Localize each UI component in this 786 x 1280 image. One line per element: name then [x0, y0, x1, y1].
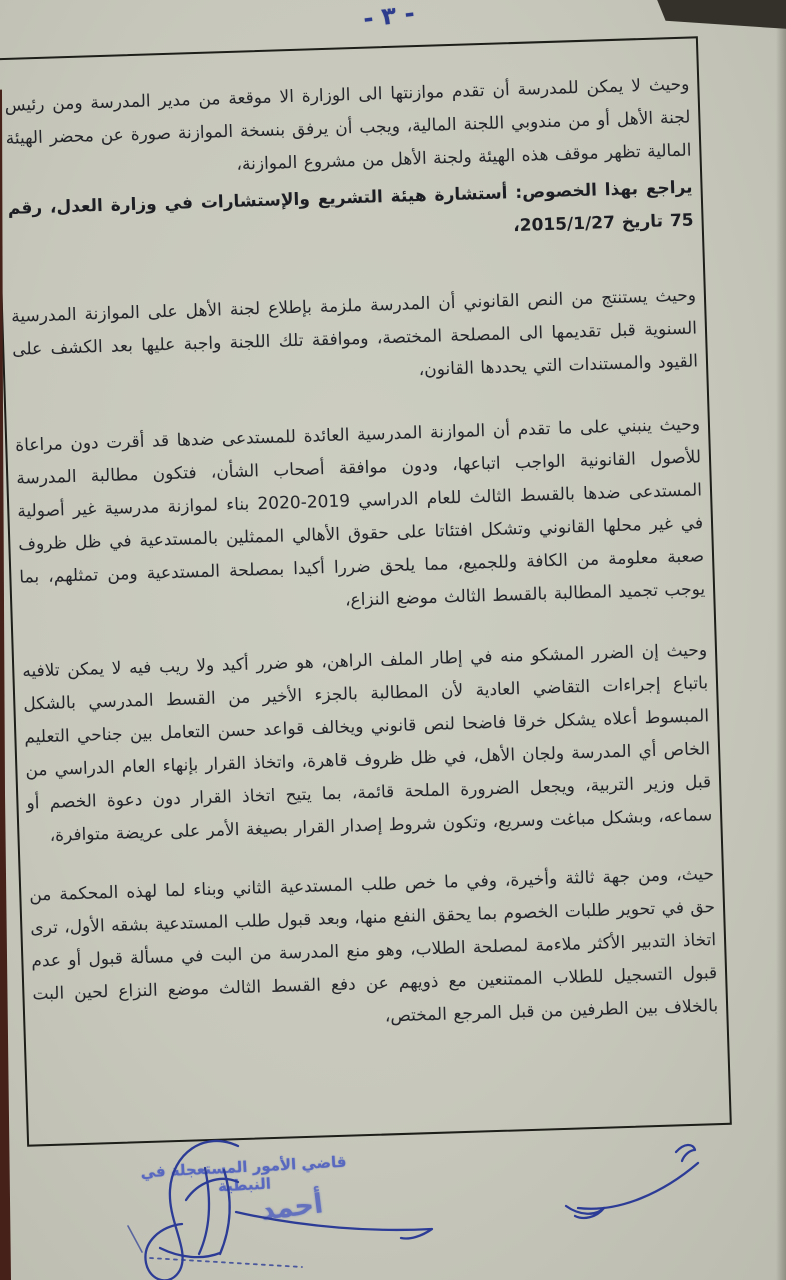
document-frame: وحيث لا يمكن للمدرسة أن تقدم موازنتها ال… — [0, 36, 732, 1146]
signature-stroke-2 — [220, 1170, 230, 1254]
document-paragraph: حيث، ومن جهة ثالثة وأخيرة، وفي ما خص طلب… — [29, 858, 719, 1044]
photo-corner-top-right — [646, 0, 786, 40]
document-paragraph: وحيث ينبني على ما تقدم أن الموازنة المدر… — [15, 408, 706, 627]
signature-hook — [160, 1248, 220, 1257]
paragraphs-container: وحيث لا يمكن للمدرسة أن تقدم موازنتها ال… — [4, 69, 718, 1045]
initials-mark — [676, 1145, 695, 1161]
document-paragraph: وحيث لا يمكن للمدرسة أن تقدم موازنتها ال… — [4, 69, 692, 189]
signature-ink — [0, 1090, 786, 1280]
signature-tail — [236, 1212, 432, 1239]
document-paragraph: وحيث يستنتج من النص القانوني أن المدرسة … — [11, 279, 699, 399]
photo-edge-right-shadow — [776, 0, 786, 1280]
document-paragraph: وحيث إن الضرر المشكو منه في إطار الملف ا… — [22, 634, 713, 853]
signature-dash-left — [128, 1226, 142, 1252]
initials-sweep — [578, 1163, 698, 1209]
signature-dotted-underline — [150, 1258, 302, 1267]
